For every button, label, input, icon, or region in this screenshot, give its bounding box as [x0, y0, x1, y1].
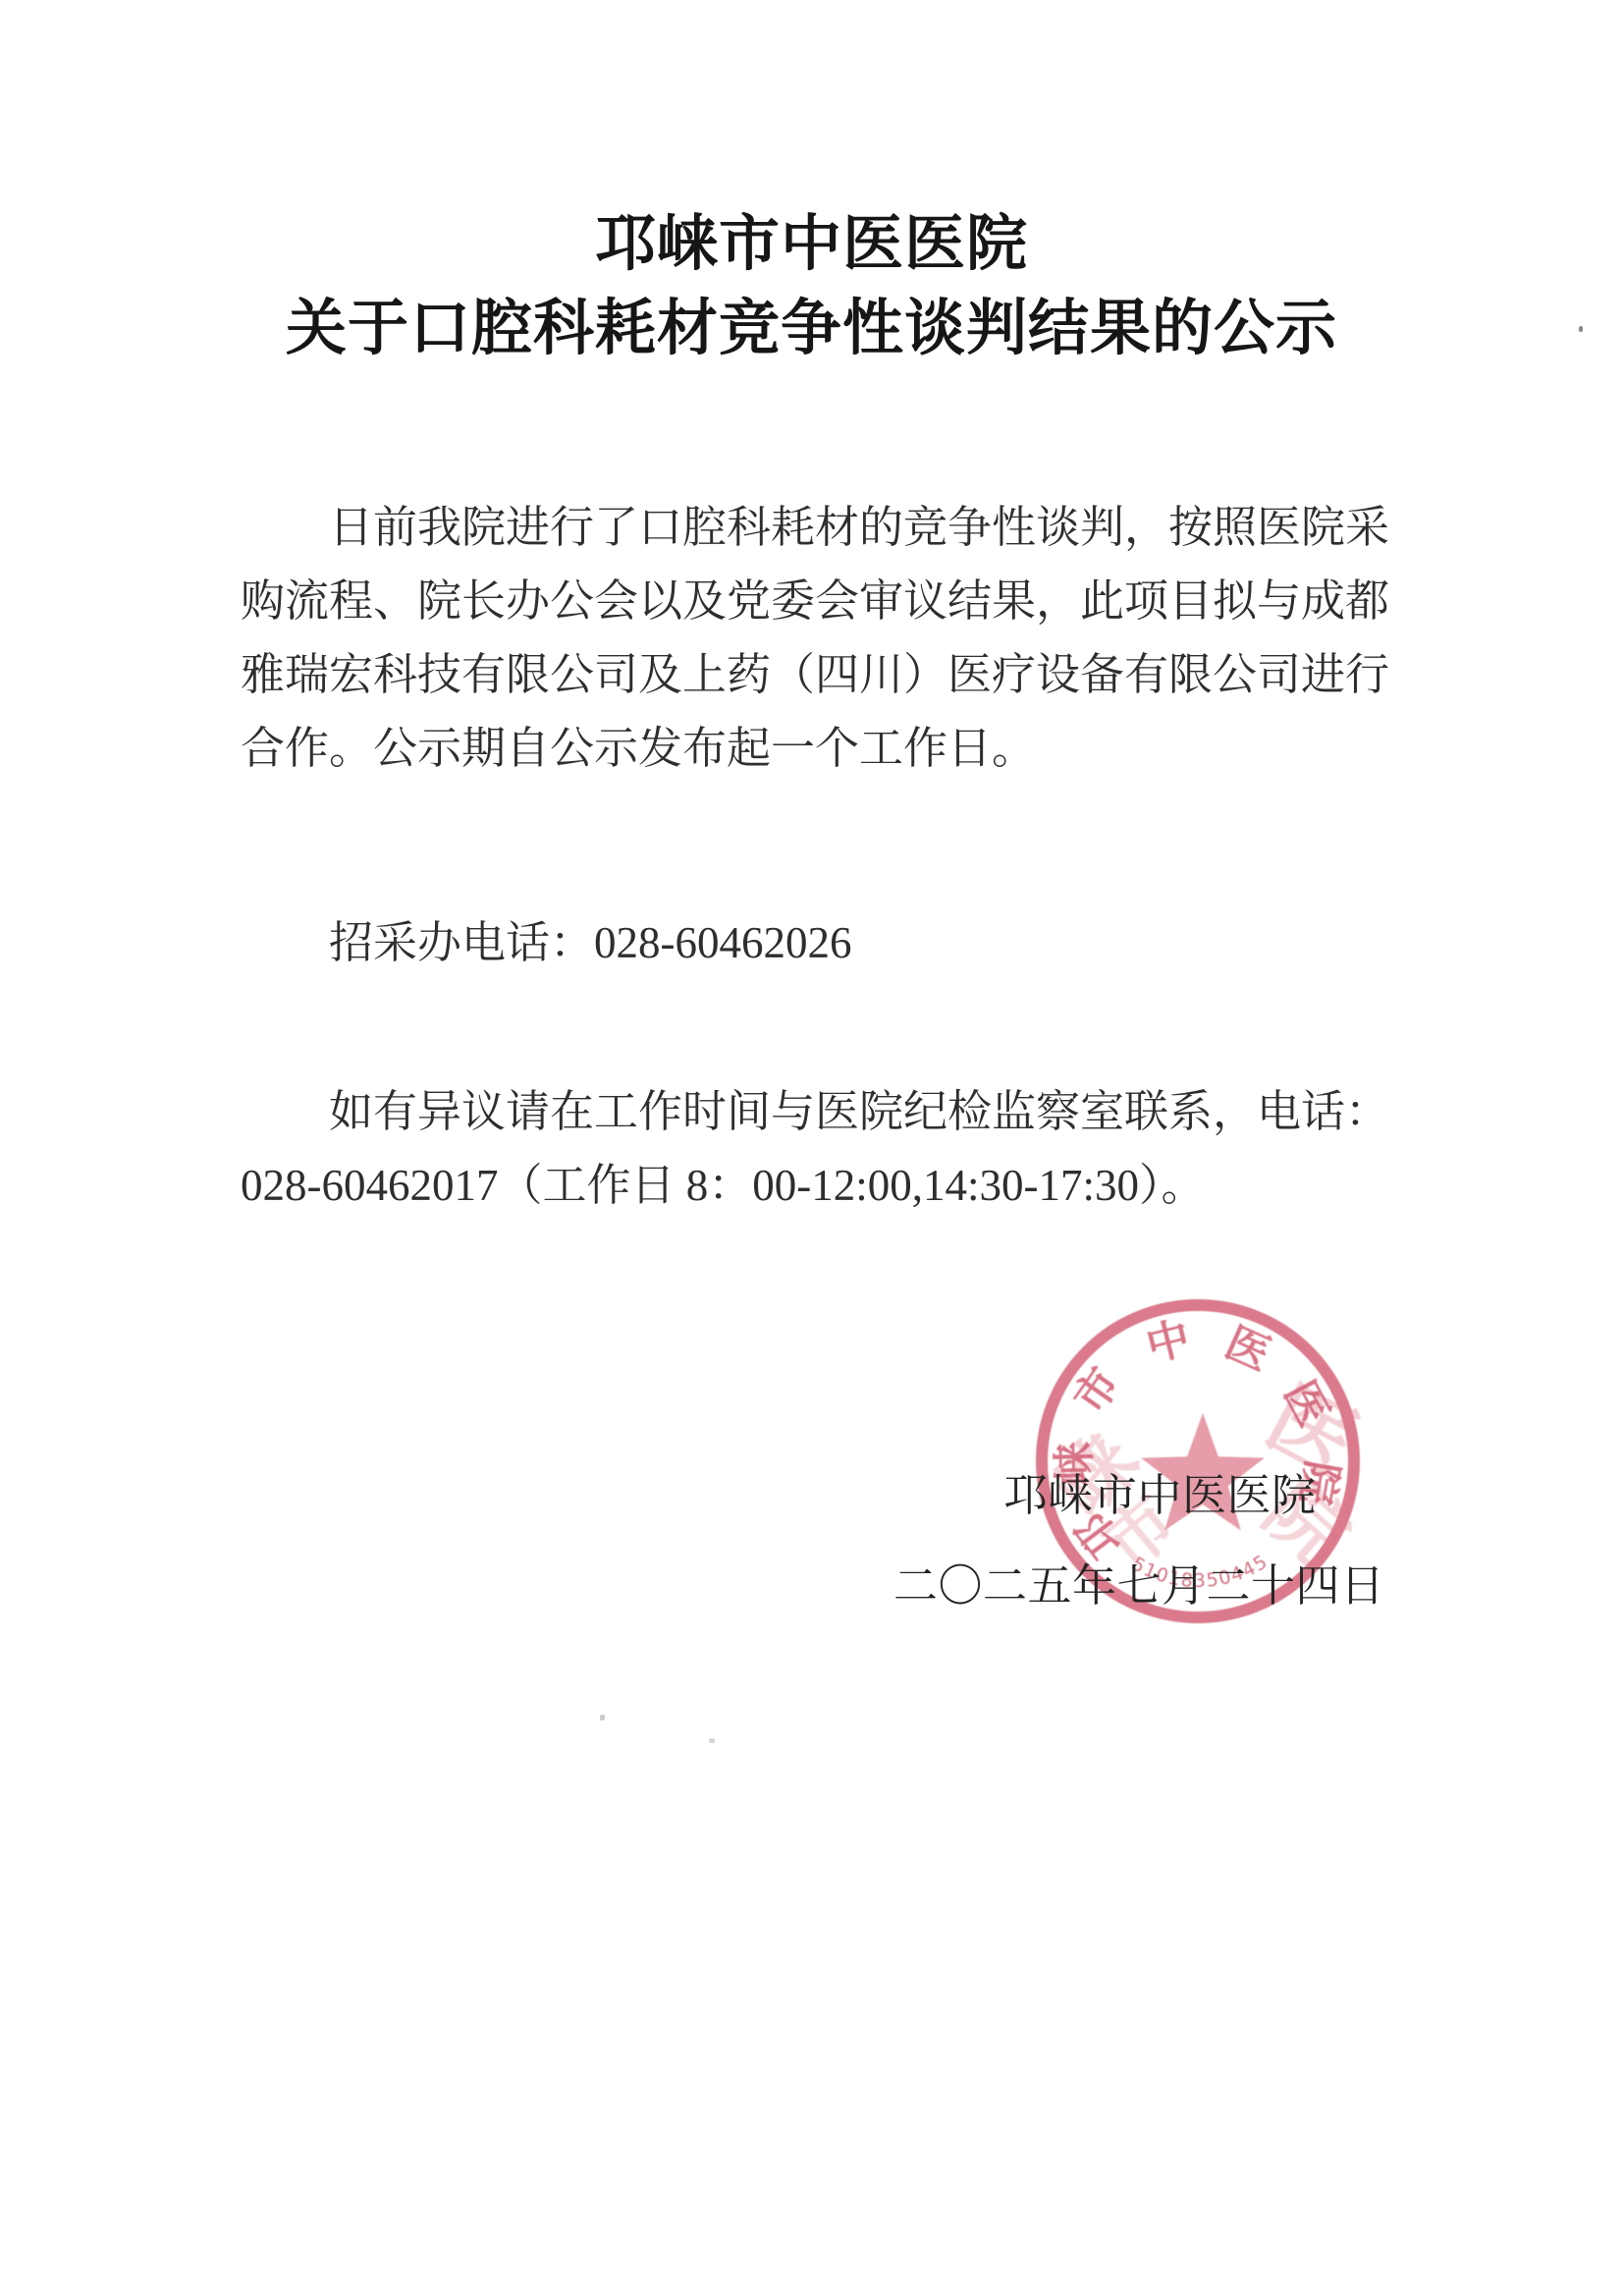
procurement-phone-line: 招采办电话：028-60462026 — [241, 906, 1389, 980]
signature-date: 二〇二五年七月二十四日 — [893, 1559, 1385, 1613]
procurement-phone-text: 招采办电话：028-60462026 — [241, 906, 1389, 980]
paragraph-1-line-1: 日前我院进行了口腔科耗材的竞争性谈判，按照医院采 — [241, 491, 1389, 565]
paragraph-2-line-1: 如有异议请在工作时间与医院纪检监察室联系，电话： — [241, 1075, 1389, 1149]
paragraph-2-line-2: 028-60462017（工作日 8：00-12:00,14:30-17:30）… — [241, 1149, 1389, 1223]
scan-speck — [600, 1715, 605, 1721]
signature-organization: 邛崃市中医医院 — [1003, 1469, 1317, 1523]
paragraph-2: 如有异议请在工作时间与医院纪检监察室联系，电话： 028-60462017（工作… — [241, 1075, 1389, 1223]
scanned-notice-page: 邛崃市中医医院 关于口腔科耗材竞争性谈判结果的公示 日前我院进行了口腔科耗材的竞… — [0, 0, 1623, 2296]
paragraph-1-line-3: 雅瑞宏科技有限公司及上药（四川）医疗设备有限公司进行 — [241, 638, 1389, 712]
paragraph-1-line-2: 购流程、院长办公会以及党委会审议结果，此项目拟与成都 — [241, 565, 1389, 638]
scan-speck — [709, 1738, 715, 1743]
document-subtitle: 关于口腔科耗材竞争性谈判结果的公示 — [0, 293, 1623, 366]
paragraph-1-line-4: 合作。公示期自公示发布起一个工作日。 — [241, 712, 1389, 786]
document-title: 邛崃市中医医院 — [0, 208, 1623, 282]
seal-ring-char: 中 — [1142, 1314, 1196, 1371]
paragraph-1: 日前我院进行了口腔科耗材的竞争性谈判，按照医院采 购流程、院长办公会以及党委会审… — [241, 491, 1389, 786]
scan-speck — [1579, 326, 1583, 332]
